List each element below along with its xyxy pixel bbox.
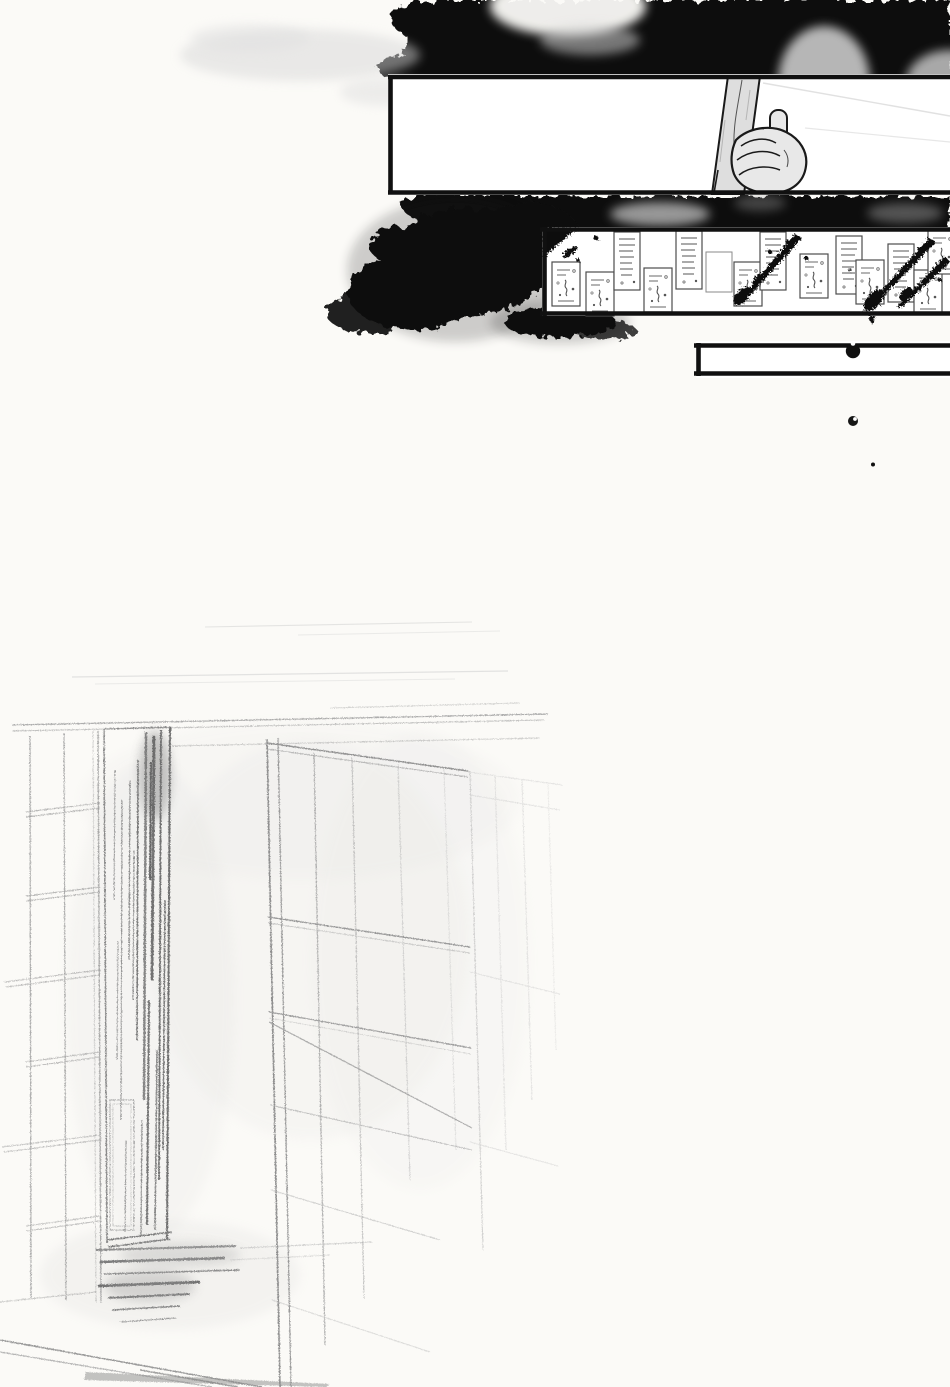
ink-speck <box>871 463 875 467</box>
faint-wall-streaks <box>72 622 508 684</box>
panel-blank <box>694 341 950 378</box>
shoji-doors-sketch <box>0 703 562 1387</box>
manga-artwork <box>0 0 950 1387</box>
panel-hand <box>388 74 950 195</box>
panel-talismans <box>540 227 950 325</box>
ink-droplet-bead <box>848 416 858 426</box>
manga-page <box>0 0 950 1387</box>
